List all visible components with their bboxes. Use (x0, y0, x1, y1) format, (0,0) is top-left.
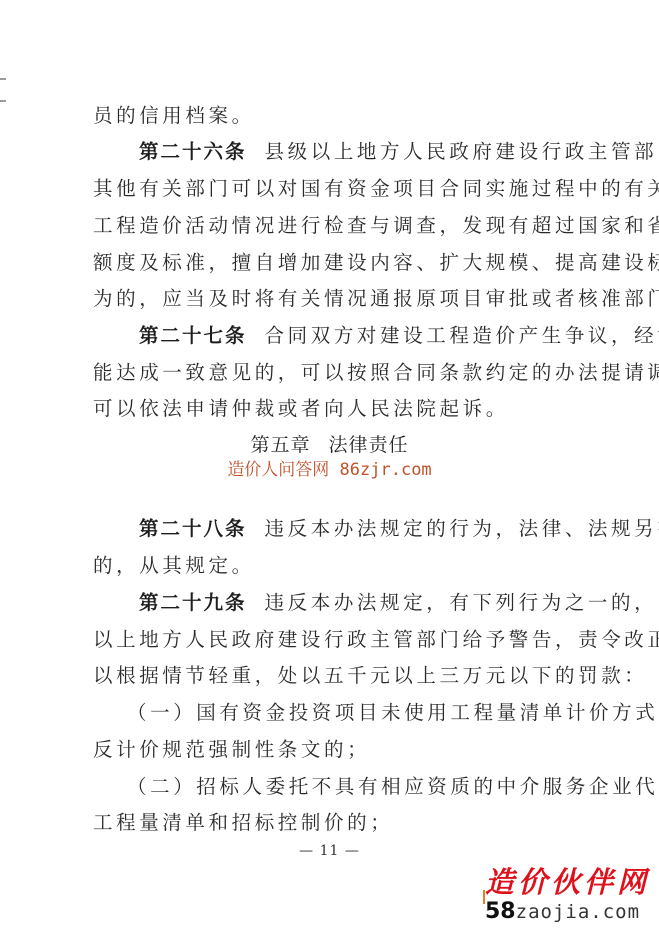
text-line: 以根据情节轻重，处以五千元以上三万元以下的罚款： (93, 664, 583, 688)
text-line: 违反本办法规定的行为，法律、法规另有规定 (265, 517, 659, 540)
text-line: 工程造价活动情况进行检查与调查，发现有超过国家和省规定的 (93, 214, 583, 238)
text-line: 额度及标准，擅自增加建设内容、扩大规模、提高建设标准等行 (93, 251, 583, 275)
chapter-number: 第五章 (250, 434, 310, 456)
list-item-2: （二）招标人委托不具有相应资质的中介服务企业代为编制 (93, 775, 583, 799)
article-26-first-line: 第二十六条县级以上地方人民政府建设行政主管部门和 (93, 140, 583, 164)
text-line: 为的，应当及时将有关情况通报原项目审批或者核准部门。 (93, 287, 583, 311)
watermark-corner: 造价伙伴网 58zaojia.com (485, 866, 659, 930)
edge-mark-bottom (0, 100, 6, 102)
text-line: 其他有关部门可以对国有资金项目合同实施过程中的有关建设 (93, 177, 583, 201)
article-heading: 第二十七条 (139, 324, 247, 347)
watermark-accent-bar (483, 890, 485, 904)
article-heading: 第二十九条 (139, 591, 247, 614)
text-line: 违反本办法规定，有下列行为之一的，由县级 (265, 591, 659, 614)
text-line: 可以依法申请仲裁或者向人民法院起诉。 (93, 397, 583, 421)
text-line: 以上地方人民政府建设行政主管部门给予警告，责令改正，并可 (93, 628, 583, 652)
article-heading: 第二十八条 (139, 517, 247, 540)
edge-mark-top (0, 78, 6, 80)
watermark-corner-title: 造价伙伴网 (485, 866, 659, 898)
watermark-corner-url: 58zaojia.com (485, 898, 659, 926)
text-line: 的，从其规定。 (93, 554, 583, 578)
chapter-title: 法律责任 (329, 434, 409, 456)
text-line: 工程量清单和招标控制价的； (93, 811, 583, 835)
text-line: 员的信用档案。 (93, 104, 583, 128)
text-line: 县级以上地方人民政府建设行政主管部门和 (265, 140, 659, 163)
text-line: 合同双方对建设工程造价产生争议，经协商不 (265, 324, 659, 347)
text-line: 能达成一致意见的，可以按照合同条款约定的办法提请调解，也 (93, 361, 583, 385)
chapter-heading: 第五章法律责任 (0, 430, 659, 457)
list-item-1: （一）国有资金投资项目未使用工程量清单计价方式或者违 (93, 701, 583, 725)
watermark-center: 造价人问答网 86zjr.com (0, 455, 659, 480)
article-heading: 第二十六条 (139, 140, 247, 163)
page-number: — 11 — (0, 843, 659, 859)
article-27-first-line: 第二十七条合同双方对建设工程造价产生争议，经协商不 (93, 324, 583, 348)
article-28-first-line: 第二十八条违反本办法规定的行为，法律、法规另有规定 (93, 517, 583, 541)
article-29-first-line: 第二十九条违反本办法规定，有下列行为之一的，由县级 (93, 591, 583, 615)
text-line: 反计价规范强制性条文的； (93, 738, 583, 762)
